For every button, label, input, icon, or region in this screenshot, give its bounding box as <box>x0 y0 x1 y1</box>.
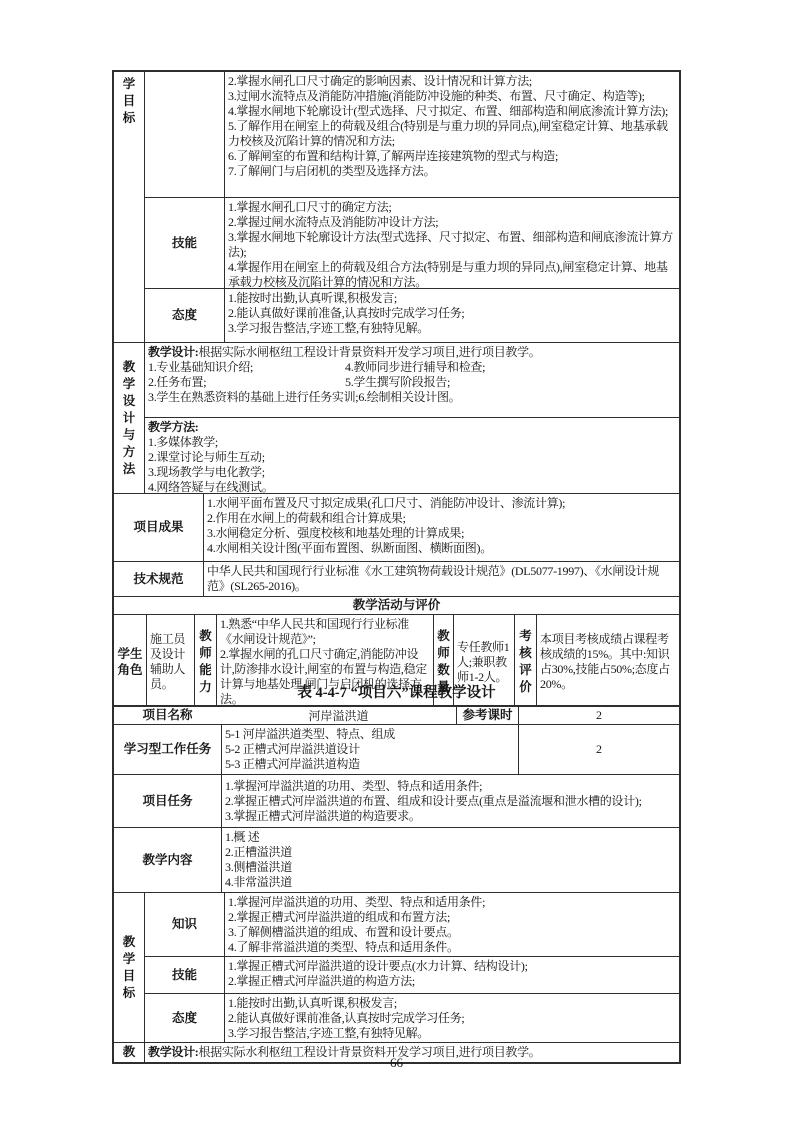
teaching-design-content: 教学设计:根据实际水闸枢纽工程设计背景资料开发学习项目,进行项目教学。 1.专业… <box>144 343 679 417</box>
project-name-label: 项目名称 <box>114 707 221 724</box>
project-task-label: 项目任务 <box>114 775 221 827</box>
reference-hours-label: 参考课时 <box>456 707 518 724</box>
work-tasks-row: 学习型工作任务 5-1 河岸溢洪道类型、特点、组成5-2 正槽式河岸溢洪道设计5… <box>114 724 679 774</box>
design-step-2: 2.任务布置; <box>148 375 345 390</box>
teaching-goal-side-label: 教学目标 <box>122 934 137 1002</box>
goal2-skill-label: 技能 <box>144 957 224 993</box>
goal-knowledge-label <box>144 72 224 197</box>
teaching-goal-side-label-cell: 教学目标 <box>114 893 144 1042</box>
goal2-attitude-row: 态度 1.能按时出勤,认真听课,积极发言;2.能认真做好课前准备,认真按时完成学… <box>144 993 679 1042</box>
project5-course-design-table: 学目标 2.掌握水闸孔口尺寸确定的影响因素、设计情况和计算方法;3.过闸水流特点… <box>112 70 681 711</box>
page-number: 66 <box>0 1055 793 1071</box>
goal2-skill-content: 1.掌握正槽式河岸溢洪道的设计要点(水力计算、结构设计);2.掌握正槽式河岸溢洪… <box>224 957 679 993</box>
goal2-attitude-content: 1.能按时出勤,认真听课,积极发言;2.能认真做好课前准备,认真按时完成学习任务… <box>224 994 679 1042</box>
goal-side-label: 学目标 <box>122 76 137 127</box>
project-task-content: 1.掌握河岸溢洪道的功用、类型、特点和适用条件;2.掌握正槽式河岸溢洪道的布置、… <box>221 775 679 827</box>
design-step-3: 3.学生在熟悉资料的基础上进行任务实训; <box>148 390 358 405</box>
table2-title: 表 4-4-7 “项目六”课程教学设计 <box>112 681 681 702</box>
goal-attitude-content: 1.能按时出勤,认真听课,积极发言;2.能认真做好课前准备,认真按时完成学习任务… <box>224 289 679 342</box>
design-step-6: 6.绘制相关设计图。 <box>358 390 460 405</box>
work-tasks-hours-value: 2 <box>518 725 679 774</box>
teaching-content-content: 1.概 述2.正槽溢洪道3.侧槽溢洪道4.非常溢洪道 <box>221 828 679 892</box>
project-outcome-content: 1.水闸平面布置及尺寸拟定成果(孔口尺寸、消能防冲设计、渗流计算);2.作用在水… <box>203 494 679 561</box>
goal-skill-row: 技能 1.掌握水闸孔口尺寸的确定方法;2.掌握过闸水流特点及消能防冲设计方法;3… <box>144 197 679 288</box>
project-outcome-row: 项目成果 1.水闸平面布置及尺寸拟定成果(孔口尺寸、消能防冲设计、渗流计算);2… <box>114 493 679 561</box>
learning-goal-block: 学目标 2.掌握水闸孔口尺寸确定的影响因素、设计情况和计算方法;3.过闸水流特点… <box>114 72 679 342</box>
teaching-method-lead: 教学方法: <box>148 420 676 435</box>
teaching-design-row: 教学设计:根据实际水闸枢纽工程设计背景资料开发学习项目,进行项目教学。 1.专业… <box>144 343 679 417</box>
design-step-5: 5.学生撰写阶段报告; <box>345 375 450 390</box>
teaching-content-label: 教学内容 <box>114 828 221 892</box>
goal2-knowledge-label: 知识 <box>144 893 224 956</box>
project-task-row: 项目任务 1.掌握河岸溢洪道的功用、类型、特点和适用条件;2.掌握正槽式河岸溢洪… <box>114 774 679 827</box>
design-method-block: 教学设计与方法 教学设计:根据实际水闸枢纽工程设计背景资料开发学习项目,进行项目… <box>114 342 679 493</box>
goal2-knowledge-content: 1.掌握河岸溢洪道的功用、类型、特点和适用条件;2.掌握正槽式河岸溢洪道的组成和… <box>224 893 679 956</box>
goal-skill-label: 技能 <box>144 198 224 288</box>
technical-standard-label: 技术规范 <box>114 562 203 596</box>
goal-skill-content: 1.掌握水闸孔口尺寸的确定方法;2.掌握过闸水流特点及消能防冲设计方法;3.掌握… <box>224 198 679 288</box>
document-page: 学目标 2.掌握水闸孔口尺寸确定的影响因素、设计情况和计算方法;3.过闸水流特点… <box>0 0 793 1122</box>
goal-attitude-row: 态度 1.能按时出勤,认真听课,积极发言;2.能认真做好课前准备,认真按时完成学… <box>144 288 679 342</box>
teaching-method-list: 1.多媒体教学;2.课堂讨论与师生互动;3.现场教学与电化教学;4.网络答疑与在… <box>148 435 676 495</box>
teaching-content-row: 教学内容 1.概 述2.正槽溢洪道3.侧槽溢洪道4.非常溢洪道 <box>114 827 679 892</box>
activity-evaluation-header: 教学活动与评价 <box>114 597 679 614</box>
design-method-side-label: 教学设计与方法 <box>122 359 137 478</box>
technical-standard-content: 中华人民共和国现行行业标准《水工建筑物荷载设计规范》(DL5077-1997)、… <box>203 562 679 596</box>
teaching-goal-subrows: 知识 1.掌握河岸溢洪道的功用、类型、特点和适用条件;2.掌握正槽式河岸溢洪道的… <box>144 893 679 1042</box>
activity-evaluation-header-row: 教学活动与评价 <box>114 596 679 614</box>
project-name-row: 项目名称 河岸溢洪道 参考课时 2 <box>114 707 679 724</box>
design-step-4: 4.教师同步进行辅导和检查; <box>345 360 485 375</box>
teaching-design-intro-line: 教学设计:根据实际水闸枢纽工程设计背景资料开发学习项目,进行项目教学。 <box>148 345 676 360</box>
design-method-subrows: 教学设计:根据实际水闸枢纽工程设计背景资料开发学习项目,进行项目教学。 1.专业… <box>144 343 679 493</box>
work-tasks-label: 学习型工作任务 <box>114 725 221 774</box>
teaching-design-intro: 根据实际水闸枢纽工程设计背景资料开发学习项目,进行项目教学。 <box>199 345 541 359</box>
reference-hours-value: 2 <box>518 707 679 724</box>
goal-knowledge-row: 2.掌握水闸孔口尺寸确定的影响因素、设计情况和计算方法;3.过闸水流特点及消能防… <box>144 72 679 197</box>
work-tasks-content: 5-1 河岸溢洪道类型、特点、组成5-2 正槽式河岸溢洪道设计5-3 正槽式河岸… <box>221 725 518 774</box>
goal-side-label-cell: 学目标 <box>114 72 144 342</box>
project6-course-design-table: 项目名称 河岸溢洪道 参考课时 2 学习型工作任务 5-1 河岸溢洪道类型、特点… <box>112 705 681 1064</box>
goal-subrows: 2.掌握水闸孔口尺寸确定的影响因素、设计情况和计算方法;3.过闸水流特点及消能防… <box>144 72 679 342</box>
project-outcome-label: 项目成果 <box>114 494 203 561</box>
goal2-knowledge-row: 知识 1.掌握河岸溢洪道的功用、类型、特点和适用条件;2.掌握正槽式河岸溢洪道的… <box>144 893 679 956</box>
goal-attitude-label: 态度 <box>144 289 224 342</box>
project-name-value: 河岸溢洪道 <box>221 707 456 724</box>
design-method-side-label-cell: 教学设计与方法 <box>114 343 144 493</box>
teaching-design-lead: 教学设计: <box>148 345 199 359</box>
teaching-method-row: 教学方法: 1.多媒体教学;2.课堂讨论与师生互动;3.现场教学与电化教学;4.… <box>144 417 679 493</box>
technical-standard-row: 技术规范 中华人民共和国现行行业标准《水工建筑物荷载设计规范》(DL5077-1… <box>114 561 679 596</box>
teaching-goal-block: 教学目标 知识 1.掌握河岸溢洪道的功用、类型、特点和适用条件;2.掌握正槽式河… <box>114 892 679 1042</box>
goal2-attitude-label: 态度 <box>144 994 224 1042</box>
goal2-skill-row: 技能 1.掌握正槽式河岸溢洪道的设计要点(水力计算、结构设计);2.掌握正槽式河… <box>144 956 679 993</box>
teaching-method-content: 教学方法: 1.多媒体教学;2.课堂讨论与师生互动;3.现场教学与电化教学;4.… <box>144 418 679 493</box>
student-role-label: 学生角色 <box>117 646 144 678</box>
goal-knowledge-content: 2.掌握水闸孔口尺寸确定的影响因素、设计情况和计算方法;3.过闸水流特点及消能防… <box>224 72 679 197</box>
design-step-1: 1.专业基础知识介绍; <box>148 360 345 375</box>
